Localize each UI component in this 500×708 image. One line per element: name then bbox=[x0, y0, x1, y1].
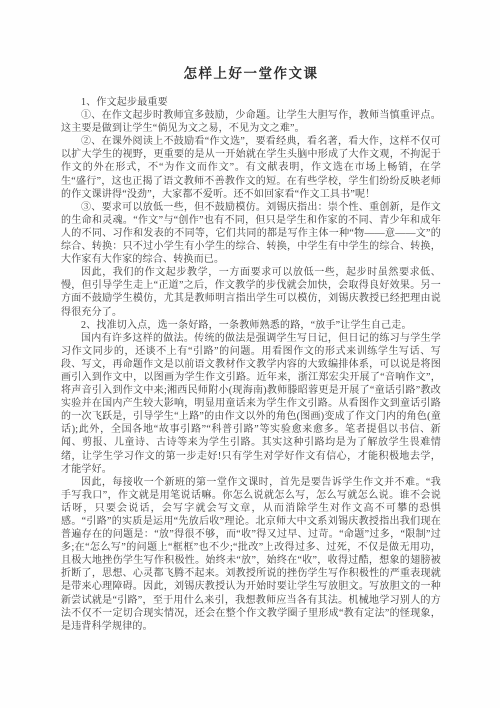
paragraph-point-2: ②、在课外阅读上不鼓励看“作文选”，要看经典，看名著，看大作，这样不仅可以扩大学… bbox=[61, 135, 441, 200]
paragraph-point-1: ①、在作文起步时教师宜多鼓励，少命题。让学生大胆写作，教师当慎重评点。这主要是做… bbox=[61, 109, 441, 135]
section-heading-1: 1、作文起步最重要 bbox=[61, 96, 441, 109]
document-page: 怎样上好一堂作文课 1、作文起步最重要 ①、在作文起步时教师宜多鼓励，少命题。让… bbox=[0, 0, 500, 708]
document-title: 怎样上好一堂作文课 bbox=[61, 62, 441, 82]
document-body: 1、作文起步最重要 ①、在作文起步时教师宜多鼓励，少命题。让学生大胆写作，教师当… bbox=[61, 96, 441, 633]
paragraph-conclusion: 因此，每接收一个新班的第一堂作文课时，首先是要告诉学生作文并不难。“我手写我口”… bbox=[61, 476, 441, 633]
paragraph-domestic-practice: 国内有许多这样的做法。传统的做法是强调学生写日记，但日记的练习与学生学习作文同步… bbox=[61, 332, 441, 476]
section-heading-2: 2、找准切入点，选一条好路，一条教师熟悉的路，“放手”让学生自己走。 bbox=[61, 319, 441, 332]
paragraph-point-3: ③、要求可以放低一些，但不鼓励模仿。刘锡庆指出：崇个性、重创新，是作文的生命和灵… bbox=[61, 201, 441, 266]
paragraph-summary-1: 因此，我们的作文起步教学，一方面要求可以放低一些，起步时虽然要求低、慢，但引导学… bbox=[61, 266, 441, 318]
